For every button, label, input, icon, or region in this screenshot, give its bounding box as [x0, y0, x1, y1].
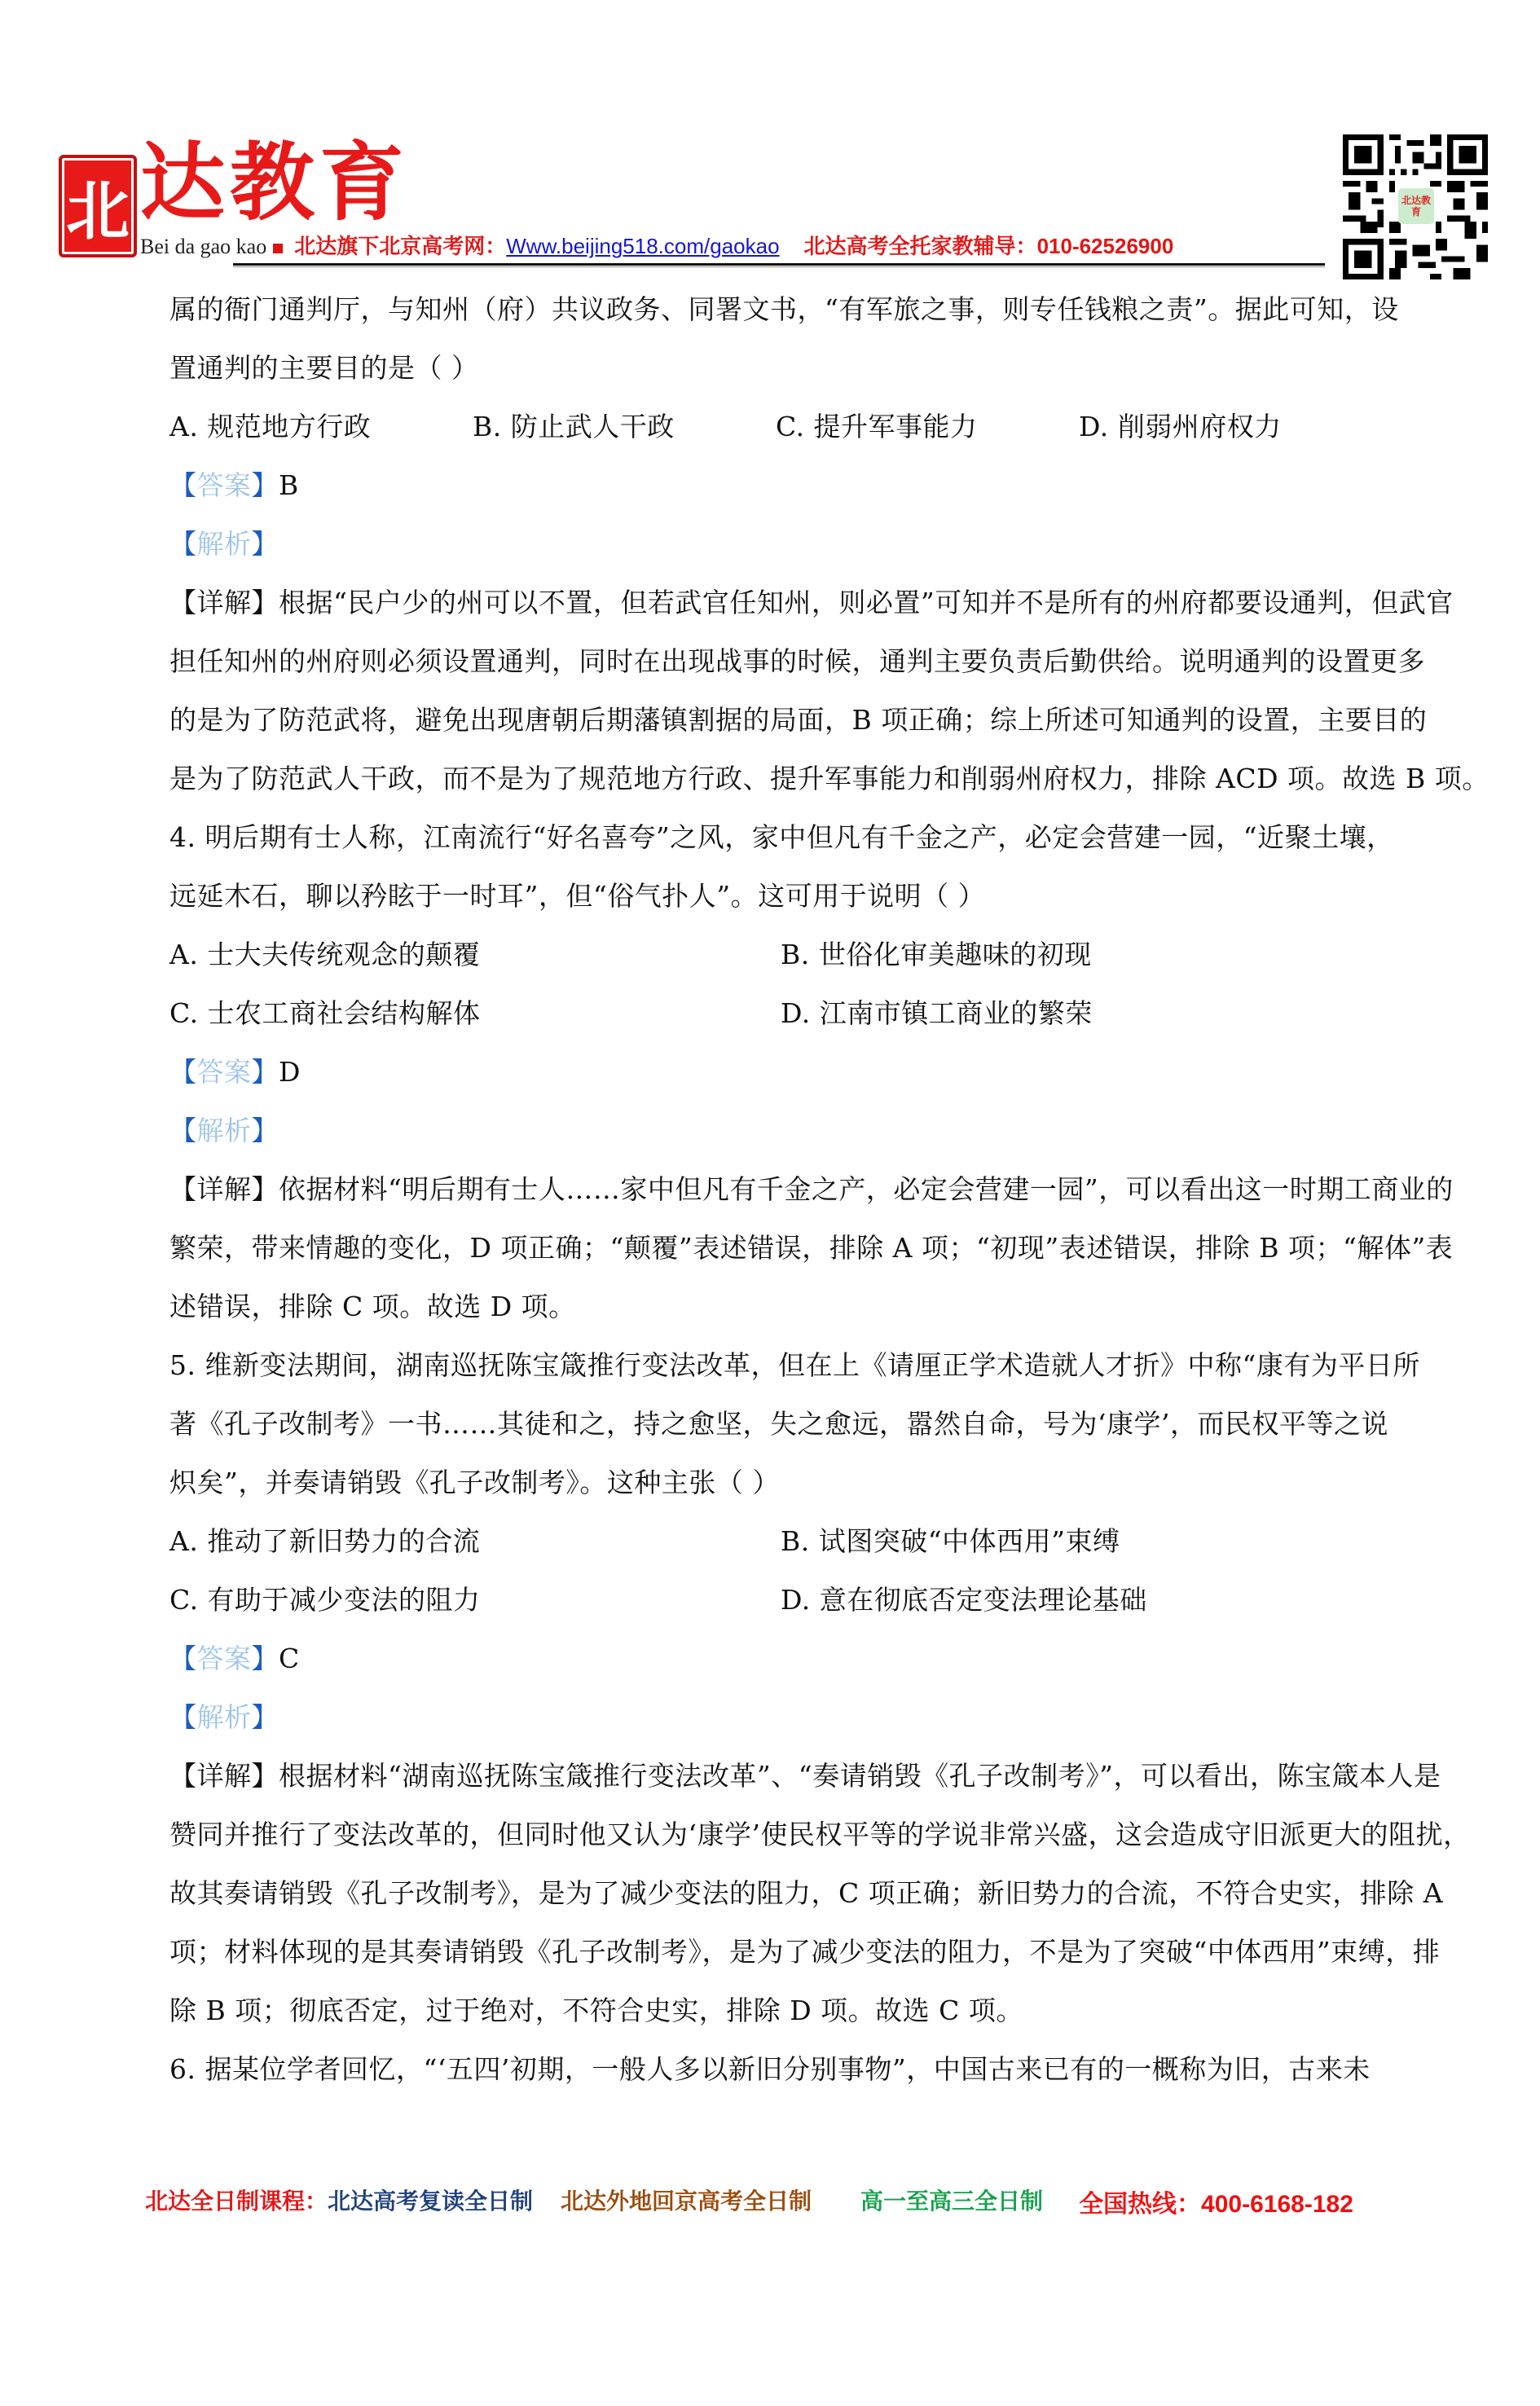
footer-banner: 北达全日制课程： 北达高考复读全日制 北达外地回京高考全日制 高一至高三全日制 … — [145, 2184, 1353, 2219]
question-text: 置通判的主要目的是（ ） — [169, 339, 1408, 398]
detail-text: 是为了防范武人干政，而不是为了规范地方行政、提升军事能力和削弱州府权力，排除 A… — [169, 750, 1408, 808]
analysis-line: 【解析】 — [169, 515, 1408, 574]
option-d: D. 江南市镇工商业的繁荣 — [781, 984, 1392, 1043]
site-label: 北达旗下北京高考网： — [294, 230, 506, 260]
detail-text: 故其奏请销毁《孔子改制考》，是为了减少变法的阻力，C 项正确；新旧势力的合流，不… — [169, 1864, 1408, 1923]
tutor-label: 北达高考全托家教辅导： — [804, 230, 1037, 260]
square-bullet-icon — [273, 244, 283, 253]
question-text: 5. 维新变法期间，湖南巡抚陈宝箴推行变法改革，但在上《请厘正学术造就人才折》中… — [169, 1336, 1408, 1395]
option-b: B. 防止武人干政 — [473, 398, 776, 456]
qr-code: 北达教育 — [1343, 134, 1488, 279]
analysis-tag: 【解析】 — [169, 1115, 279, 1146]
question-text: 著《孔子改制考》一书……其徒和之，持之愈坚，失之愈远，嚣然自命，号为‘康学’，而… — [169, 1395, 1408, 1454]
options-row: A. 推动了新旧势力的合流 B. 试图突破“中体西用”束缚 — [169, 1512, 1408, 1571]
option-b: B. 试图突破“中体西用”束缚 — [781, 1512, 1392, 1571]
question-text: 属的衙门通判厅，与知州（府）共议政务、同署文书，“有军旅之事，则专任钱粮之责”。… — [169, 280, 1408, 339]
option-a: A. 规范地方行政 — [169, 398, 473, 456]
footer-course-1: 北达高考复读全日制 — [328, 2184, 533, 2219]
option-c: C. 提升军事能力 — [776, 398, 1079, 456]
brand-pinyin: Bei da gao kao — [140, 235, 266, 259]
analysis-tag: 【解析】 — [169, 1701, 279, 1733]
logo-mark: 北 — [59, 155, 137, 257]
footer-label: 北达全日制课程： — [145, 2184, 328, 2219]
options-row: A. 士大夫传统观念的颠覆 B. 世俗化审美趣味的初现 — [169, 926, 1408, 984]
answer-line: 【答案】C — [169, 1630, 1408, 1688]
detail-text: 的是为了防范武将，避免出现唐朝后期藩镇割据的局面，B 项正确；综上所述可知通判的… — [169, 691, 1408, 750]
footer-course-3: 高一至高三全日制 — [860, 2184, 1043, 2219]
document-body: 属的衙门通判厅，与知州（府）共议政务、同署文书，“有军旅之事，则专任钱粮之责”。… — [169, 280, 1408, 2099]
analysis-line: 【解析】 — [169, 1102, 1408, 1160]
footer-hotline: 全国热线：400-6168-182 — [1079, 2184, 1353, 2219]
detail-text: 【详解】依据材料“明后期有士人……家中但凡有千金之产，必定会营建一园”，可以看出… — [169, 1160, 1408, 1219]
detail-text: 述错误，排除 C 项。故选 D 项。 — [169, 1278, 1408, 1336]
question-text: 4. 明后期有士人称，江南流行“好名喜夸”之风，家中但凡有千金之产，必定会营建一… — [169, 808, 1408, 867]
option-a: A. 士大夫传统观念的颠覆 — [169, 926, 781, 984]
detail-text: 项；材料体现的是其奏请销毁《孔子改制考》，是为了减少变法的阻力，不是为了突破“中… — [169, 1923, 1408, 1982]
detail-text: 【详解】根据材料“湖南巡抚陈宝箴推行变法改革”、“奏请销毁《孔子改制考》”，可以… — [169, 1747, 1408, 1806]
detail-text: 【详解】根据“民户少的州可以不置，但若武官任知州，则必置”可知并不是所有的州府都… — [169, 574, 1408, 632]
answer-line: 【答案】B — [169, 456, 1408, 515]
analysis-line: 【解析】 — [169, 1688, 1408, 1747]
options-row: C. 有助于减少变法的阻力 D. 意在彻底否定变法理论基础 — [169, 1571, 1408, 1630]
option-d: D. 意在彻底否定变法理论基础 — [781, 1571, 1392, 1630]
analysis-tag: 【解析】 — [169, 528, 279, 560]
qr-center-logo: 北达教育 — [1398, 188, 1434, 224]
answer-tag: 【答案】 — [169, 1056, 279, 1088]
answer-value: D — [279, 1056, 301, 1088]
header-divider-thin — [233, 266, 1325, 267]
logo-text: 达教育 — [140, 140, 409, 225]
header-banner: Bei da gao kao 北达旗下北京高考网： Www.beijing518… — [140, 230, 1173, 260]
answer-line: 【答案】D — [169, 1043, 1408, 1102]
header-divider — [233, 263, 1325, 266]
answer-tag: 【答案】 — [169, 1643, 279, 1674]
answer-tag: 【答案】 — [169, 469, 279, 501]
detail-text: 繁荣，带来情趣的变化，D 项正确；“颠覆”表述错误，排除 A 项；“初现”表述错… — [169, 1219, 1408, 1278]
question-text: 炽矣”，并奏请销毁《孔子改制考》。这种主张（ ） — [169, 1454, 1408, 1512]
detail-text: 除 B 项；彻底否定，过于绝对，不符合史实，排除 D 项。故选 C 项。 — [169, 1982, 1408, 2040]
options-row: A. 规范地方行政 B. 防止武人干政 C. 提升军事能力 D. 削弱州府权力 — [169, 398, 1408, 456]
question-text: 远延木石，聊以矜眩于一时耳”，但“俗气扑人”。这可用于说明（ ） — [169, 867, 1408, 926]
option-c: C. 士农工商社会结构解体 — [169, 984, 781, 1043]
detail-text: 赞同并推行了变法改革的，但同时他又认为‘康学’使民权平等的学说非常兴盛，这会造成… — [169, 1806, 1408, 1864]
detail-text: 担任知州的州府则必须设置通判，同时在出现战事的时候，通判主要负责后勤供给。说明通… — [169, 632, 1408, 691]
answer-value: C — [279, 1643, 300, 1674]
footer-course-2: 北达外地回京高考全日制 — [561, 2184, 812, 2219]
site-link[interactable]: Www.beijing518.com/gaokao — [506, 234, 779, 259]
answer-value: B — [279, 469, 299, 501]
option-d: D. 削弱州府权力 — [1079, 398, 1382, 456]
tutor-phone: 010-62526900 — [1037, 234, 1174, 259]
option-b: B. 世俗化审美趣味的初现 — [781, 926, 1392, 984]
option-c: C. 有助于减少变法的阻力 — [169, 1571, 781, 1630]
question-text: 6. 据某位学者回忆，“‘五四’初期，一般人多以新旧分别事物”，中国古来已有的一… — [169, 2040, 1408, 2099]
options-row: C. 士农工商社会结构解体 D. 江南市镇工商业的繁荣 — [169, 984, 1408, 1043]
option-a: A. 推动了新旧势力的合流 — [169, 1512, 781, 1571]
